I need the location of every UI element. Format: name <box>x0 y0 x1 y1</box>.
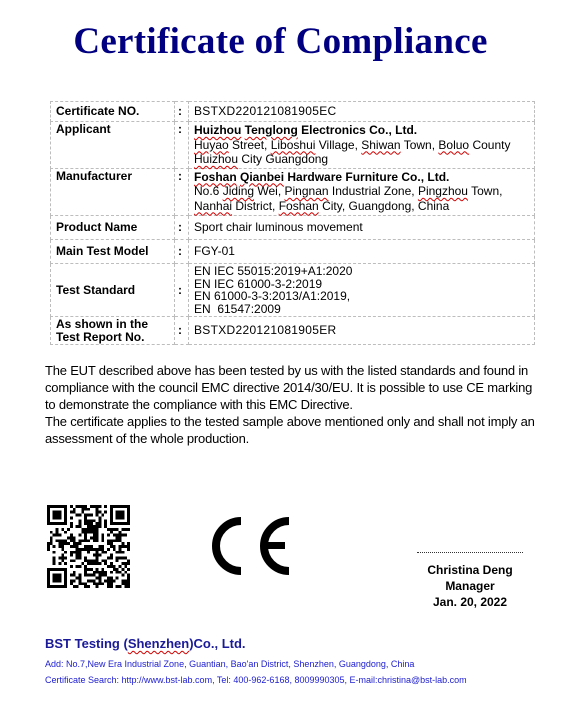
table-row-test-report-no: As shown in the Test Report No. : BSTXD2… <box>51 317 535 345</box>
signature-line <box>417 552 523 554</box>
table-row-main-test-model: Main Test Model : FGY-01 <box>51 240 535 264</box>
table-row-manufacturer: Manufacturer : Foshan Qianbei Hardware F… <box>51 168 535 216</box>
value-product-name: Sport chair luminous movement <box>189 216 535 240</box>
table-row-test-standard: Test Standard : EN IEC 55015:2019+A1:202… <box>51 264 535 317</box>
spell-word: Huizhou <box>194 123 241 137</box>
ce-mark-icon <box>205 515 295 577</box>
issuer-company: BST Testing (Shenzhen)Co., Ltd. <box>45 636 467 651</box>
spell-word: Pingzhou <box>418 184 468 198</box>
manufacturer-address-line-1: No.6 Jiding Wei, Pingnan Industrial Zone… <box>194 184 534 199</box>
spell-word: Jiding <box>223 184 254 198</box>
signatory-role: Manager <box>400 578 540 594</box>
label-main-test-model: Main Test Model <box>51 240 175 264</box>
value-applicant: Huizhou Tenglong Electronics Co., Ltd. H… <box>189 122 535 169</box>
certificate-title: Certificate of Compliance <box>0 20 561 63</box>
manufacturer-address-line-2: Nanhai District, Foshan City, Guangdong,… <box>194 199 534 214</box>
certificate-info-table: Certificate NO. : BSTXD220121081905EC Ap… <box>50 101 535 345</box>
separator: : <box>175 122 189 169</box>
applicant-name: Huizhou Tenglong Electronics Co., Ltd. <box>194 123 534 138</box>
label-applicant: Applicant <box>51 122 175 169</box>
signature-block: Christina Deng Manager Jan. 20, 2022 <box>400 552 540 610</box>
issuer-contact: Certificate Search: http://www.bst-lab.c… <box>45 672 467 688</box>
qr-code-icon <box>47 505 130 588</box>
spell-word: Huizhou <box>194 152 238 166</box>
value-test-report-no: BSTXD220121081905ER <box>189 317 535 345</box>
standard-item: EN IEC 55015:2019+A1:2020 <box>194 265 534 278</box>
separator: : <box>175 264 189 317</box>
value-manufacturer: Foshan Qianbei Hardware Furniture Co., L… <box>189 168 535 216</box>
statement-paragraph: The EUT described above has been tested … <box>45 362 540 413</box>
value-main-test-model: FGY-01 <box>189 240 535 264</box>
signatory-name: Christina Deng <box>400 562 540 578</box>
standard-item: EN 61547:2009 <box>194 303 534 316</box>
applicant-address-line-2: Huizhou City Guangdong <box>194 152 534 167</box>
spell-word: Shenzhen <box>128 636 189 651</box>
spell-word: Nanhai <box>194 199 232 213</box>
label-product-name: Product Name <box>51 216 175 240</box>
label-test-standard: Test Standard <box>51 264 175 317</box>
statement-paragraph: The certificate applies to the tested sa… <box>45 413 540 447</box>
spell-word: Foshan <box>194 170 237 184</box>
spell-word: Boluo <box>438 138 469 152</box>
signature-date: Jan. 20, 2022 <box>400 594 540 610</box>
value-certificate-no: BSTXD220121081905EC <box>189 102 535 122</box>
table-row-applicant: Applicant : Huizhou Tenglong Electronics… <box>51 122 535 169</box>
spell-word: Qianbei <box>240 170 284 184</box>
standard-item: EN 61000-3-3:2013/A1:2019, <box>194 290 534 303</box>
separator: : <box>175 216 189 240</box>
label-certificate-no: Certificate NO. <box>51 102 175 122</box>
spell-word: Huyao <box>194 138 229 152</box>
issuer-address: Add: No.7,New Era Industrial Zone, Guant… <box>45 656 467 672</box>
separator: : <box>175 102 189 122</box>
spell-word: Liboshui <box>271 138 316 152</box>
manufacturer-name: Foshan Qianbei Hardware Furniture Co., L… <box>194 170 534 185</box>
issuer-footer: BST Testing (Shenzhen)Co., Ltd. Add: No.… <box>45 636 467 688</box>
label-line: As shown in the <box>56 318 174 331</box>
compliance-statement: The EUT described above has been tested … <box>45 362 540 447</box>
spell-word: Tenglong <box>245 123 298 137</box>
separator: : <box>175 317 189 345</box>
table-row-certificate-no: Certificate NO. : BSTXD220121081905EC <box>51 102 535 122</box>
table-row-product-name: Product Name : Sport chair luminous move… <box>51 216 535 240</box>
spell-word: Foshan <box>279 199 319 213</box>
applicant-address-line-1: Huyao Street, Liboshui Village, Shiwan T… <box>194 138 534 153</box>
spell-word: Shiwan <box>361 138 400 152</box>
separator: : <box>175 168 189 216</box>
label-manufacturer: Manufacturer <box>51 168 175 216</box>
spell-word: Pingnan <box>285 184 329 198</box>
label-test-report-no: As shown in the Test Report No. <box>51 317 175 345</box>
separator: : <box>175 240 189 264</box>
label-line: Test Report No. <box>56 331 174 344</box>
value-test-standard: EN IEC 55015:2019+A1:2020 EN IEC 61000-3… <box>189 264 535 317</box>
